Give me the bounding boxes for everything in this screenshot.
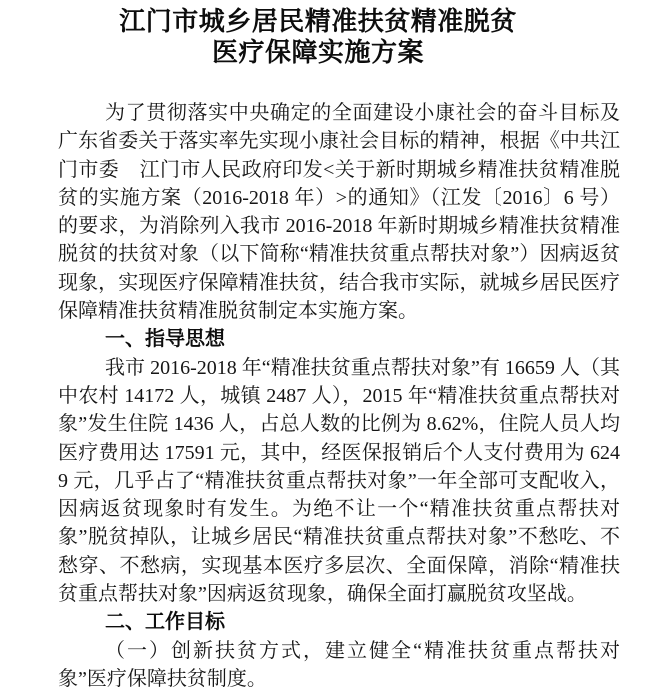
section1-paragraph: 我市 2016-2018 年“精准扶贫重点帮扶对象”有 16659 人（其中农村… [58, 354, 620, 609]
section2-item1-paragraph: （一）创新扶贫方式，建立健全“精准扶贫重点帮扶对象”医疗保障扶贫制度。 [58, 637, 620, 694]
document-title-line2: 医疗保障实施方案 [58, 37, 578, 68]
document-page: 江门市城乡居民精准扶贫精准脱贫 医疗保障实施方案 为了贯彻落实中央确定的全面建设… [0, 0, 669, 695]
intro-paragraph: 为了贯彻落实中央确定的全面建设小康社会的奋斗目标及广东省委关于落实率先实现小康社… [58, 99, 620, 325]
section-heading-guiding-ideology: 一、指导思想 [58, 325, 620, 353]
section-heading-work-goals: 二、工作目标 [58, 608, 620, 636]
document-title: 江门市城乡居民精准扶贫精准脱贫 医疗保障实施方案 [58, 6, 620, 68]
document-title-line1: 江门市城乡居民精准扶贫精准脱贫 [58, 6, 578, 37]
